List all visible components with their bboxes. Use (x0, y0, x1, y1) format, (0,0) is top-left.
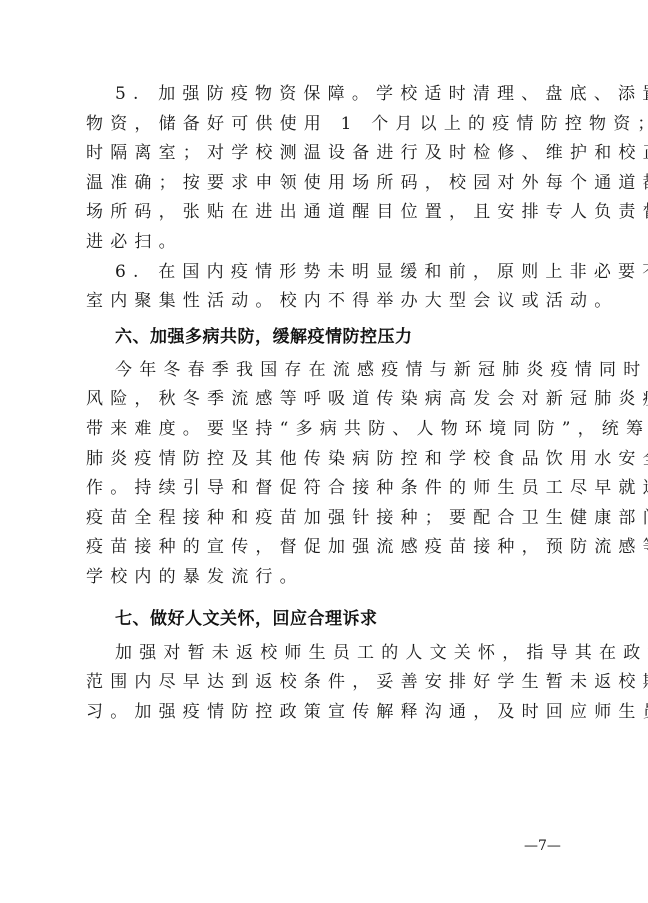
text-line: 进必扫。 (86, 228, 580, 258)
section-heading-7: 七、做好人文关怀，回应合理诉求 (86, 593, 580, 637)
text-line: 室内聚集性活动。校内不得举办大型会议或活动。 (86, 287, 580, 317)
paragraph-item-5: 5. 加强防疫物资保障。学校适时清理、盘底、添置疫情防控 物资，储备好可供使用 … (86, 80, 580, 258)
text-line: 风险，秋冬季流感等呼吸道传染病高发会对新冠肺炎疫情的防控 (86, 385, 580, 415)
text-line: 加强对暂未返校师生员工的人文关怀，指导其在政策允许的 (86, 639, 580, 669)
text-line: 疫苗接种的宣传，督促加强流感疫苗接种，预防流感等传染病在 (86, 533, 580, 563)
page-content: 5. 加强防疫物资保障。学校适时清理、盘底、添置疫情防控 物资，储备好可供使用 … (86, 80, 580, 727)
text-line: 场所码，张贴在进出通道醒目位置，且安排专人负责督促确保凡 (86, 198, 580, 228)
paragraph-section-6: 今年冬春季我国存在流感疫情与新冠肺炎疫情同时发生的 风险，秋冬季流感等呼吸道传染… (86, 356, 580, 593)
document-page: 5. 加强防疫物资保障。学校适时清理、盘底、添置疫情防控 物资，储备好可供使用 … (0, 0, 648, 903)
text-line: 作。持续引导和督促符合接种条件的师生员工尽早就近完成新冠 (86, 474, 580, 504)
text-line: 范围内尽早达到返校条件，妥善安排好学生暂未返校期间的学 (86, 668, 580, 698)
page-number: —7— (524, 838, 561, 854)
text-line: 时隔离室；对学校测温设备进行及时检修、维护和校正，确保测 (86, 139, 580, 169)
text-line: 肺炎疫情防控及其他传染病防控和学校食品饮用水安全管理工 (86, 445, 580, 475)
paragraph-item-6: 6. 在国内疫情形势未明显缓和前，原则上非必要不组织大型 室内聚集性活动。校内不… (86, 258, 580, 317)
text-line: 物资，储备好可供使用 1 个月以上的疫情防控物资；规范配备临 (86, 110, 580, 140)
section-heading-6: 六、加强多病共防，缓解疫情防控压力 (86, 317, 580, 354)
text-line: 5. 加强防疫物资保障。学校适时清理、盘底、添置疫情防控 (86, 80, 580, 110)
text-line: 6. 在国内疫情形势未明显缓和前，原则上非必要不组织大型 (86, 258, 580, 288)
paragraph-section-7: 加强对暂未返校师生员工的人文关怀，指导其在政策允许的 范围内尽早达到返校条件，妥… (86, 639, 580, 728)
text-line: 学校内的暴发流行。 (86, 563, 580, 593)
text-line: 疫苗全程接种和疫苗加强针接种；要配合卫生健康部门做好流感 (86, 504, 580, 534)
text-line: 带来难度。要坚持“多病共防、人物环境同防”，统筹做好新冠 (86, 415, 580, 445)
text-line: 习。加强疫情防控政策宣传解释沟通，及时回应师生员工合理诉 (86, 698, 580, 728)
text-line: 温准确；按要求申领使用场所码，校园对外每个通道都必须设置 (86, 169, 580, 199)
text-line: 今年冬春季我国存在流感疫情与新冠肺炎疫情同时发生的 (86, 356, 580, 386)
